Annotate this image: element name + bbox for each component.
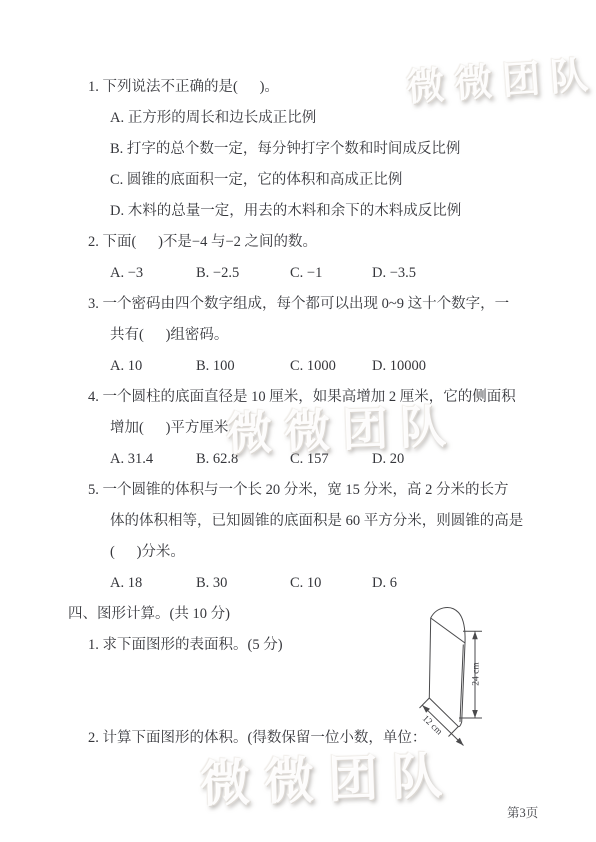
question-3-option-b: B. 100: [196, 351, 290, 382]
question-2-option-b: B. −2.5: [196, 258, 290, 289]
question-5-option-b: B. 30: [196, 568, 290, 599]
question-2-stem: 2. 下面( )不是−4 与−2 之间的数。: [88, 227, 538, 258]
height-arrow-down: [472, 710, 478, 718]
question-1-option-d: D. 木料的总量一定，用去的木料和余下的木料成反比例: [110, 196, 538, 227]
question-5-options: A. 18 B. 30 C. 10 D. 6: [110, 568, 538, 599]
half-cylinder-diagram: 24 cm 12 cm: [413, 606, 578, 771]
question-4-option-a: A. 31.4: [110, 444, 196, 475]
question-3-option-a: A. 10: [110, 351, 196, 382]
question-1-option-b: B. 打字的总个数一定，每分钟打字个数和时间成反比例: [110, 134, 538, 165]
question-4-option-b: B. 62.8: [196, 444, 290, 475]
question-3-options: A. 10 B. 100 C. 1000 D. 10000: [110, 351, 538, 382]
question-3-stem-line2: 共有( )组密码。: [110, 320, 538, 351]
question-2-option-c: C. −1: [290, 258, 372, 289]
test-paper-page: 1. 下列说法不正确的是( )。 A. 正方形的周长和边长成正比例 B. 打字的…: [0, 0, 596, 842]
question-5-stem-line2: 体的体积相等，已知圆锥的底面积是 60 平方分米，则圆锥的高是: [110, 506, 538, 537]
question-2-option-a: A. −3: [110, 258, 196, 289]
half-cylinder-outline: [429, 608, 465, 727]
top-face-chord-edge: [431, 618, 465, 643]
half-cylinder-figure: 24 cm 12 cm: [413, 606, 578, 771]
question-5-stem-line1: 5. 一个圆锥的体积与一个长 20 分米，宽 15 分米，高 2 分米的长方: [88, 475, 538, 506]
question-4-option-d: D. 20: [372, 444, 404, 475]
question-1-option-c: C. 圆锥的底面积一定，它的体积和高成正比例: [110, 165, 538, 196]
height-arrow-up: [472, 631, 478, 639]
height-dimension-label: 24 cm: [472, 662, 482, 686]
diameter-dimension-label: 12 cm: [420, 714, 444, 738]
question-3-option-c: C. 1000: [290, 351, 372, 382]
question-1-stem: 1. 下列说法不正确的是( )。: [88, 72, 538, 103]
front-face-right-edge: [460, 645, 463, 723]
question-5-option-a: A. 18: [110, 568, 196, 599]
question-4-stem-line1: 4. 一个圆柱的底面直径是 10 厘米，如果高增加 2 厘米，它的侧面积: [88, 382, 538, 413]
page-number: 第3页: [507, 803, 538, 821]
question-1-option-a: A. 正方形的周长和边长成正比例: [110, 103, 538, 134]
question-5-stem-line3: ( )分米。: [110, 537, 538, 568]
question-2-options: A. −3 B. −2.5 C. −1 D. −3.5: [110, 258, 538, 289]
question-4-options: A. 31.4 B. 62.8 C. 157 D. 20: [110, 444, 538, 475]
question-3-stem-line1: 3. 一个密码由四个数字组成，每个都可以出现 0~9 这十个数字，一: [88, 289, 538, 320]
question-4-option-c: C. 157: [290, 444, 372, 475]
question-2-option-d: D. −3.5: [372, 258, 416, 289]
question-5-option-c: C. 10: [290, 568, 372, 599]
question-3-option-d: D. 10000: [372, 351, 426, 382]
question-4-stem-line2: 增加( )平方厘米。: [110, 413, 538, 444]
question-5-option-d: D. 6: [372, 568, 397, 599]
